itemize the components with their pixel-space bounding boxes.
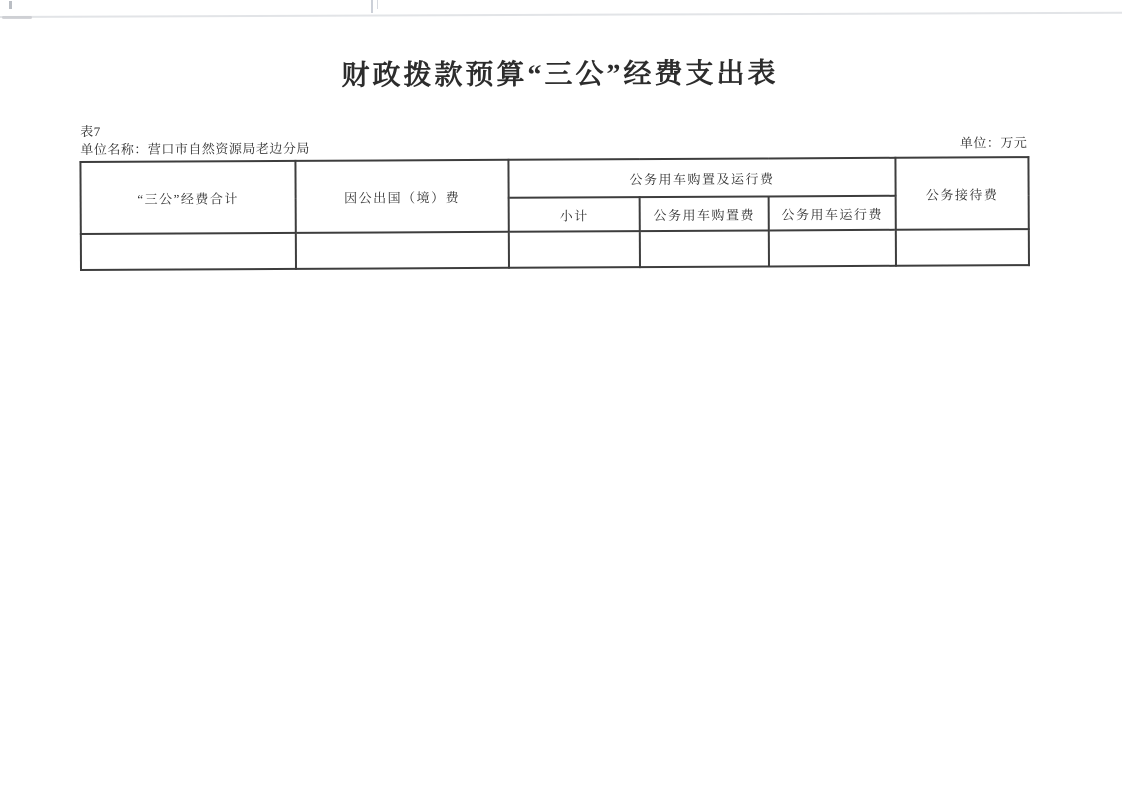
column-header-vehicle-group: 公务用车购置及运行费 — [508, 158, 895, 198]
header-row-group: “三公”经费合计 因公出国（境）费 公务用车购置及运行费 公务接待费 — [80, 157, 1028, 200]
column-header-total: “三公”经费合计 — [80, 161, 295, 234]
document-title: 财政拨款预算“三公”经费支出表 — [0, 50, 1121, 96]
data-cell-abroad — [296, 232, 509, 269]
column-header-vehicle-purchase: 公务用车购置费 — [640, 196, 769, 231]
data-cell-vehicle-operation — [769, 230, 896, 267]
table-number-label: 表7 — [80, 121, 101, 140]
column-header-vehicle-subtotal: 小计 — [509, 197, 640, 232]
table-row — [81, 229, 1029, 270]
unit-name-label: 单位名称： — [80, 142, 148, 157]
column-header-abroad: 因公出国（境）费 — [295, 160, 508, 233]
data-cell-total — [81, 233, 296, 270]
unit-name-value: 营口市自然资源局老边分局 — [148, 141, 310, 157]
data-cell-reception — [896, 229, 1029, 266]
unit-name-line: 单位名称：营口市自然资源局老边分局 — [80, 138, 310, 158]
three-public-expense-table: “三公”经费合计 因公出国（境）费 公务用车购置及运行费 公务接待费 小计 公务… — [79, 156, 1030, 271]
unit-measure-label: 单位：万元 — [960, 132, 1028, 151]
column-header-vehicle-operation: 公务用车运行费 — [769, 196, 896, 231]
data-cell-vehicle-purchase — [640, 230, 769, 267]
column-header-reception: 公务接待费 — [895, 157, 1028, 230]
data-cell-vehicle-subtotal — [509, 231, 640, 268]
document-page: 财政拨款预算“三公”经费支出表 表7 单位名称：营口市自然资源局老边分局 单位：… — [0, 0, 1122, 793]
